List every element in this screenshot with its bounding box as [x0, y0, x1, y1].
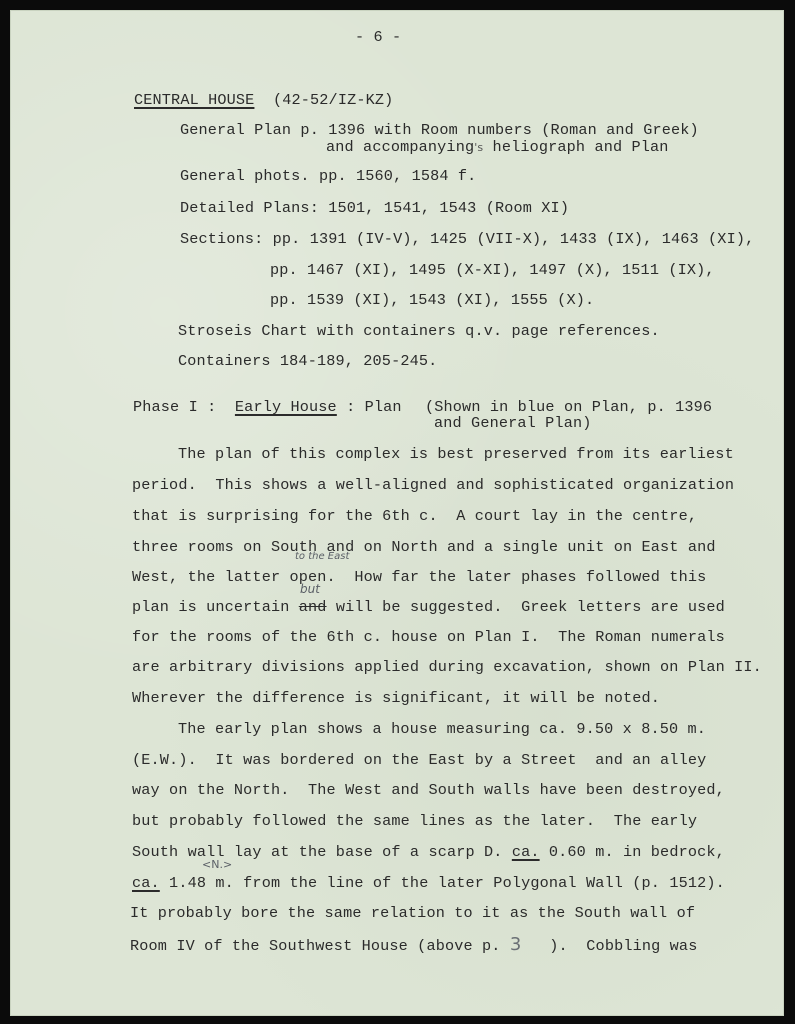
phase-note-2: and General Plan) — [434, 414, 592, 432]
para1-line9: Wherever the difference is significant, … — [132, 689, 660, 707]
para2-line6b: 1.48 m. from the line of the later Polyg… — [160, 874, 725, 892]
para1-line1: The plan of this complex is best preserv… — [178, 445, 734, 463]
page-number: - 6 - — [355, 28, 401, 46]
ref-detailed-plans: Detailed Plans: 1501, 1541, 1543 (Room X… — [180, 199, 569, 217]
handwritten-page-number: 3 — [510, 934, 522, 955]
para1-line2: period. This shows a well-aligned and so… — [132, 476, 734, 494]
ref-sections-1: Sections: pp. 1391 (IV-V), 1425 (VII-X),… — [180, 230, 754, 248]
para2-line8a: Room IV of the Southwest House (above p. — [130, 937, 510, 955]
ref-general-photos: General phots. pp. 1560, 1584 f. — [180, 167, 476, 185]
document-page: - 6 - CENTRAL HOUSE (42-52/IZ-KZ) Genera… — [10, 10, 784, 1016]
handwritten-mark: 's — [474, 141, 483, 154]
annotation-n: <N.> — [202, 858, 232, 871]
para1-line5: West, the latter open. How far the later… — [132, 568, 706, 586]
para1-line6: plan is uncertain and will be suggested.… — [132, 598, 725, 616]
ref-general-plan-2a: and accompanying — [326, 138, 474, 156]
ref-sections-2: pp. 1467 (XI), 1495 (X-XI), 1497 (X), 15… — [270, 261, 715, 279]
para1-line4: three rooms on South and on North and a … — [132, 538, 716, 556]
heading-title: CENTRAL HOUSE — [134, 91, 254, 109]
para2-line2: (E.W.). It was bordered on the East by a… — [132, 751, 706, 769]
phase-sep: : Plan — [346, 398, 402, 416]
para2-line1: The early plan shows a house measuring c… — [178, 720, 706, 738]
annotation-but: but — [300, 582, 320, 596]
para1-line3: that is surprising for the 6th c. A cour… — [132, 507, 697, 525]
heading-code: (42-52/IZ-KZ) — [273, 91, 393, 109]
phase-label: Phase I : — [133, 398, 216, 416]
para2-line8: Room IV of the Southwest House (above p.… — [130, 934, 697, 955]
struck-word: and — [299, 598, 327, 616]
para1-line8: are arbitrary divisions applied during e… — [132, 658, 762, 676]
phase-heading: Phase I : Early House : Plan — [133, 398, 402, 416]
para2-line4: but probably followed the same lines as … — [132, 812, 697, 830]
underlined-ca: ca. — [132, 874, 160, 892]
para2-line7: It probably bore the same relation to it… — [130, 904, 695, 922]
para2-line5b: 0.60 m. in bedrock, — [540, 843, 725, 861]
underlined-ca: ca. — [512, 843, 540, 861]
para1-line7: for the rooms of the 6th c. house on Pla… — [132, 628, 725, 646]
ref-sections-3: pp. 1539 (XI), 1543 (XI), 1555 (X). — [270, 291, 594, 309]
ref-stroseis-chart: Stroseis Chart with containers q.v. page… — [178, 322, 660, 340]
ref-general-plan-2b: heliograph and Plan — [483, 138, 668, 156]
para2-line5a: South wall lay at the base of a scarp D. — [132, 843, 512, 861]
ref-general-plan-2: and accompanying's heliograph and Plan — [326, 138, 669, 156]
para2-line6: ca. 1.48 m. from the line of the later P… — [132, 874, 725, 892]
para2-line3: way on the North. The West and South wal… — [132, 781, 725, 799]
ref-general-plan-1: General Plan p. 1396 with Room numbers (… — [180, 121, 699, 139]
para1-line6a: plan is uncertain — [132, 598, 299, 616]
phase-name: Early House — [235, 398, 337, 416]
para1-line6b: will be suggested. Greek letters are use… — [327, 598, 725, 616]
para2-line8b: ). Cobbling was — [521, 937, 697, 955]
annotation-to-the-east: to the East — [295, 551, 349, 562]
ref-containers: Containers 184-189, 205-245. — [178, 352, 437, 370]
section-heading: CENTRAL HOUSE (42-52/IZ-KZ) — [134, 91, 393, 109]
